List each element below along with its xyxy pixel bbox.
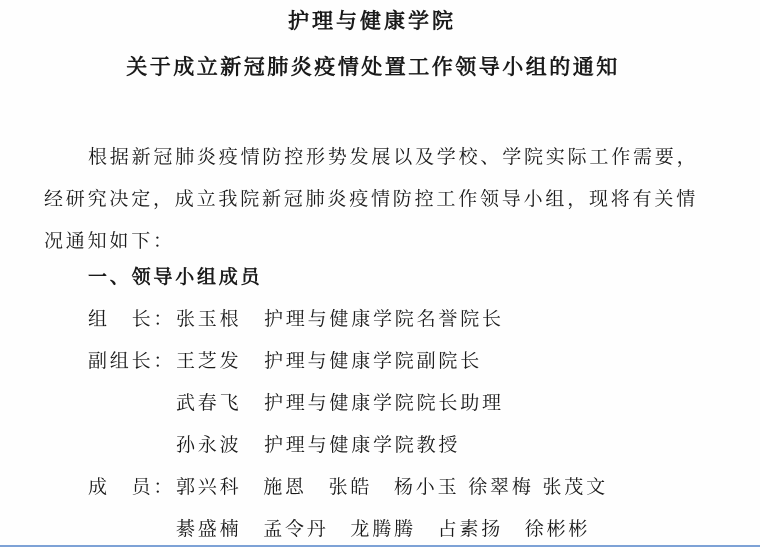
- deputy-leader-row: 副组长：王芝发护理与健康学院副院长: [88, 346, 482, 376]
- person-position: 护理与健康学院名誉院长: [264, 304, 504, 334]
- person-name: 武春飞: [176, 388, 264, 418]
- deputy-leader-row: 武春飞护理与健康学院院长助理: [88, 388, 504, 418]
- person-position: 护理与健康学院副院长: [264, 346, 482, 376]
- members-row-2: 綦盛楠 孟令丹 龙腾腾 占素扬 徐彬彬: [176, 514, 590, 544]
- intro-line-2: 经研究决定，成立我院新冠肺炎疫情防控工作领导小组，现将有关情: [44, 178, 704, 220]
- document-page: 护理与健康学院 关于成立新冠肺炎疫情处置工作领导小组的通知 根据新冠肺炎疫情防控…: [0, 0, 760, 545]
- person-name: 王芝发: [176, 346, 264, 376]
- section-heading-leadership: 一、领导小组成员: [88, 262, 262, 292]
- person-position: 护理与健康学院教授: [264, 430, 460, 460]
- person-position: 护理与健康学院院长助理: [264, 388, 504, 418]
- member-names: 綦盛楠 孟令丹 龙腾腾 占素扬 徐彬彬: [176, 518, 590, 540]
- role-label: 组 长：: [88, 304, 176, 334]
- members-row-1: 成 员：郭兴科 施恩 张皓 杨小玉 徐翠梅 张茂文: [88, 472, 608, 502]
- leader-row: 组 长：张玉根护理与健康学院名誉院长: [88, 304, 504, 334]
- bottom-border: [0, 545, 760, 547]
- intro-line-1: 根据新冠肺炎疫情防控形势发展以及学校、学院实际工作需要，: [44, 136, 704, 178]
- deputy-leader-row: 孙永波护理与健康学院教授: [88, 430, 460, 460]
- role-label: 副组长：: [88, 346, 176, 376]
- document-title: 护理与健康学院: [0, 6, 744, 36]
- intro-paragraph: 根据新冠肺炎疫情防控形势发展以及学校、学院实际工作需要， 经研究决定，成立我院新…: [44, 136, 704, 262]
- intro-line-3: 况通知如下：: [44, 220, 704, 262]
- member-names: 郭兴科 施恩 张皓 杨小玉 徐翠梅 张茂文: [176, 476, 608, 498]
- person-name: 孙永波: [176, 430, 264, 460]
- person-name: 张玉根: [176, 304, 264, 334]
- document-subtitle: 关于成立新冠肺炎疫情处置工作领导小组的通知: [0, 52, 746, 82]
- role-label: 成 员：: [88, 472, 176, 502]
